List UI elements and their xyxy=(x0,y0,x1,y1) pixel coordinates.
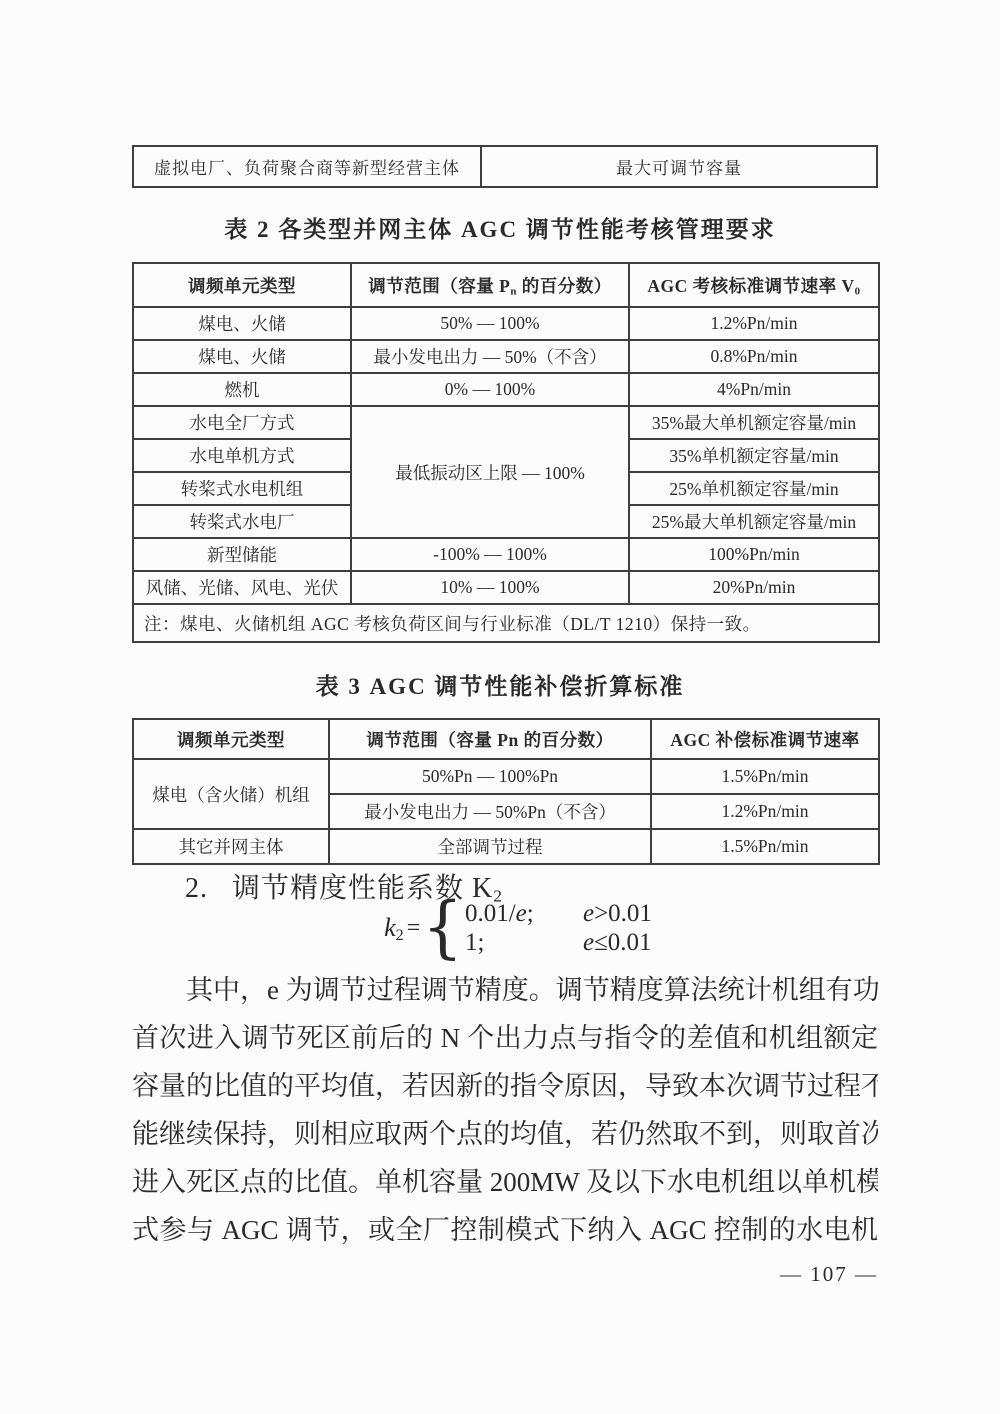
table2-row: 风储、光储、风电、光伏 10% — 100% 20%Pn/min xyxy=(133,571,879,604)
case-1-expr: 0.01/e; xyxy=(465,899,583,928)
paragraph-line: 首次进入调节死区前后的 N 个出力点与指令的差值和机组额定 xyxy=(132,1014,878,1062)
cell-type: 煤电、火储 xyxy=(133,340,351,373)
paragraph-line: 能继续保持，则相应取两个点的均值，若仍然取不到，则取首次 xyxy=(132,1110,878,1158)
cell-type: 水电单机方式 xyxy=(133,439,351,472)
table2-row: 煤电、火储 最小发电出力 — 50%（不含） 0.8%Pn/min xyxy=(133,340,879,373)
paragraph-line: 其中，e 为调节过程调节精度。调节精度算法统计机组有功 xyxy=(132,966,878,1014)
cell-type: 煤电、火储 xyxy=(133,307,351,340)
paragraph-line: 进入死区点的比值。单机容量 200MW 及以下水电机组以单机模 xyxy=(132,1158,878,1206)
cell-range: 最小发电出力 — 50%（不含） xyxy=(351,340,629,373)
cell-rate: 100%Pn/min xyxy=(629,538,879,571)
cell-type: 其它并网主体 xyxy=(133,829,329,864)
table2-note-row: 注：煤电、火储机组 AGC 考核负荷区间与行业标准（DL/T 1210）保持一致… xyxy=(133,604,879,642)
case-2-cond-rest: ≤0.01 xyxy=(594,929,651,956)
cell-type: 风储、光储、风电、光伏 xyxy=(133,571,351,604)
case-2-cond: e≤0.01 xyxy=(583,928,652,957)
case-1-cond: e>0.01 xyxy=(583,899,652,928)
case-1-var: e xyxy=(516,900,527,927)
table3-header-rate: AGC 补偿标准调节速率 xyxy=(651,719,879,759)
cell-type: 转桨式水电机组 xyxy=(133,472,351,505)
cell-range: 50% — 100% xyxy=(351,307,629,340)
cell-type: 燃机 xyxy=(133,373,351,406)
cell-type: 水电全厂方式 xyxy=(133,406,351,439)
carryover-cell-capacity: 最大可调节容量 xyxy=(482,147,876,186)
table2-header-type: 调频单元类型 xyxy=(133,263,351,307)
case-2-expr: 1; xyxy=(465,928,583,957)
formula-lhs: k2 xyxy=(384,913,404,943)
case-1-sep: ; xyxy=(527,900,534,927)
cell-rate: 4%Pn/min xyxy=(629,373,879,406)
table2-row: 水电全厂方式 最低振动区上限 — 100% 35%最大单机额定容量/min xyxy=(133,406,879,439)
cell-rate: 0.8%Pn/min xyxy=(629,340,879,373)
table3-header-row: 调频单元类型 调节范围（容量 Pn 的百分数） AGC 补偿标准调节速率 xyxy=(133,719,879,759)
table3-row: 其它并网主体 全部调节过程 1.5%Pn/min xyxy=(133,829,879,864)
table2-note: 注：煤电、火储机组 AGC 考核负荷区间与行业标准（DL/T 1210）保持一致… xyxy=(133,604,879,642)
table3-header-type: 调频单元类型 xyxy=(133,719,329,759)
cell-type: 新型储能 xyxy=(133,538,351,571)
body-paragraph: 其中，e 为调节过程调节精度。调节精度算法统计机组有功 首次进入调节死区前后的 … xyxy=(132,966,878,1254)
formula-k-sub: 2 xyxy=(396,927,404,944)
table2-header-rate-sub: 0 xyxy=(855,285,861,297)
page-number: — 107 — xyxy=(780,1262,878,1287)
k2-formula: k2 = { 0.01/e; e>0.01 1; e≤0.01 xyxy=(18,899,1000,957)
formula-cases: 0.01/e; e>0.01 1; e≤0.01 xyxy=(465,899,652,957)
table2-agc-assessment: 调频单元类型 调节范围（容量 Pn 的百分数） AGC 考核标准调节速率 V0 … xyxy=(132,262,880,643)
cell-range: 10% — 100% xyxy=(351,571,629,604)
table2-header-rate: AGC 考核标准调节速率 V0 xyxy=(629,263,879,307)
table2-row: 燃机 0% — 100% 4%Pn/min xyxy=(133,373,879,406)
cell-range: 全部调节过程 xyxy=(329,829,651,864)
cell-rate: 1.2%Pn/min xyxy=(651,794,879,829)
paragraph-line: 式参与 AGC 调节，或全厂控制模式下纳入 AGC 控制的水电机 xyxy=(132,1206,878,1254)
case-1-num: 0.01/ xyxy=(465,900,516,927)
cell-range: 50%Pn — 100%Pn xyxy=(329,759,651,794)
table2-header-range: 调节范围（容量 Pn 的百分数） xyxy=(351,263,629,307)
table2-header-range-post: 的百分数） xyxy=(517,276,612,296)
cell-rate: 35%最大单机额定容量/min xyxy=(629,406,879,439)
cell-range: 最小发电出力 — 50%Pn（不含） xyxy=(329,794,651,829)
cell-type: 转桨式水电厂 xyxy=(133,505,351,538)
formula-case-1: 0.01/e; e>0.01 xyxy=(465,899,652,928)
table2-header-row: 调频单元类型 调节范围（容量 Pn 的百分数） AGC 考核标准调节速率 V0 xyxy=(133,263,879,307)
cell-rate: 25%最大单机额定容量/min xyxy=(629,505,879,538)
cell-rate: 35%单机额定容量/min xyxy=(629,439,879,472)
table2-row: 煤电、火储 50% — 100% 1.2%Pn/min xyxy=(133,307,879,340)
table2-header-range-pre: 调节范围（容量 P xyxy=(368,276,510,296)
cell-rate: 1.5%Pn/min xyxy=(651,759,879,794)
carryover-table-fragment: 虚拟电厂、负荷聚合商等新型经营主体 最大可调节容量 xyxy=(132,145,878,188)
case-1-cond-var: e xyxy=(583,900,594,927)
carryover-cell-entity: 虚拟电厂、负荷聚合商等新型经营主体 xyxy=(134,147,482,186)
carryover-capacity-label: 最大可调节容量 xyxy=(616,154,742,179)
table3-header-range: 调节范围（容量 Pn 的百分数） xyxy=(329,719,651,759)
formula-equals: = xyxy=(407,915,421,942)
table2-title: 表 2 各类型并网主体 AGC 调节性能考核管理要求 xyxy=(0,211,1000,244)
cell-range: 0% — 100% xyxy=(351,373,629,406)
cell-rate: 1.2%Pn/min xyxy=(629,307,879,340)
table3-row: 煤电（含火储）机组 50%Pn — 100%Pn 1.5%Pn/min xyxy=(133,759,879,794)
curly-brace: { xyxy=(422,898,463,959)
cell-rate: 1.5%Pn/min xyxy=(651,829,879,864)
carryover-entity-label: 虚拟电厂、负荷聚合商等新型经营主体 xyxy=(154,154,460,179)
formula-case-2: 1; e≤0.01 xyxy=(465,928,652,957)
table3-title: 表 3 AGC 调节性能补偿折算标准 xyxy=(0,668,1000,701)
cell-range: -100% — 100% xyxy=(351,538,629,571)
document-page: 虚拟电厂、负荷聚合商等新型经营主体 最大可调节容量 表 2 各类型并网主体 AG… xyxy=(0,0,1000,1414)
case-1-cond-rest: >0.01 xyxy=(594,900,652,927)
cell-type-merged: 煤电（含火储）机组 xyxy=(133,759,329,829)
cell-rate: 25%单机额定容量/min xyxy=(629,472,879,505)
cell-rate: 20%Pn/min xyxy=(629,571,879,604)
table3-agc-compensation: 调频单元类型 调节范围（容量 Pn 的百分数） AGC 补偿标准调节速率 煤电（… xyxy=(132,718,880,865)
paragraph-line: 容量的比值的平均值，若因新的指令原因，导致本次调节过程不 xyxy=(132,1062,878,1110)
table2-row: 新型储能 -100% — 100% 100%Pn/min xyxy=(133,538,879,571)
formula-k: k xyxy=(384,913,396,942)
table2-header-rate-pre: AGC 考核标准调节速率 V xyxy=(647,276,854,296)
case-2-cond-var: e xyxy=(583,929,594,956)
cell-range-merged: 最低振动区上限 — 100% xyxy=(351,406,629,538)
